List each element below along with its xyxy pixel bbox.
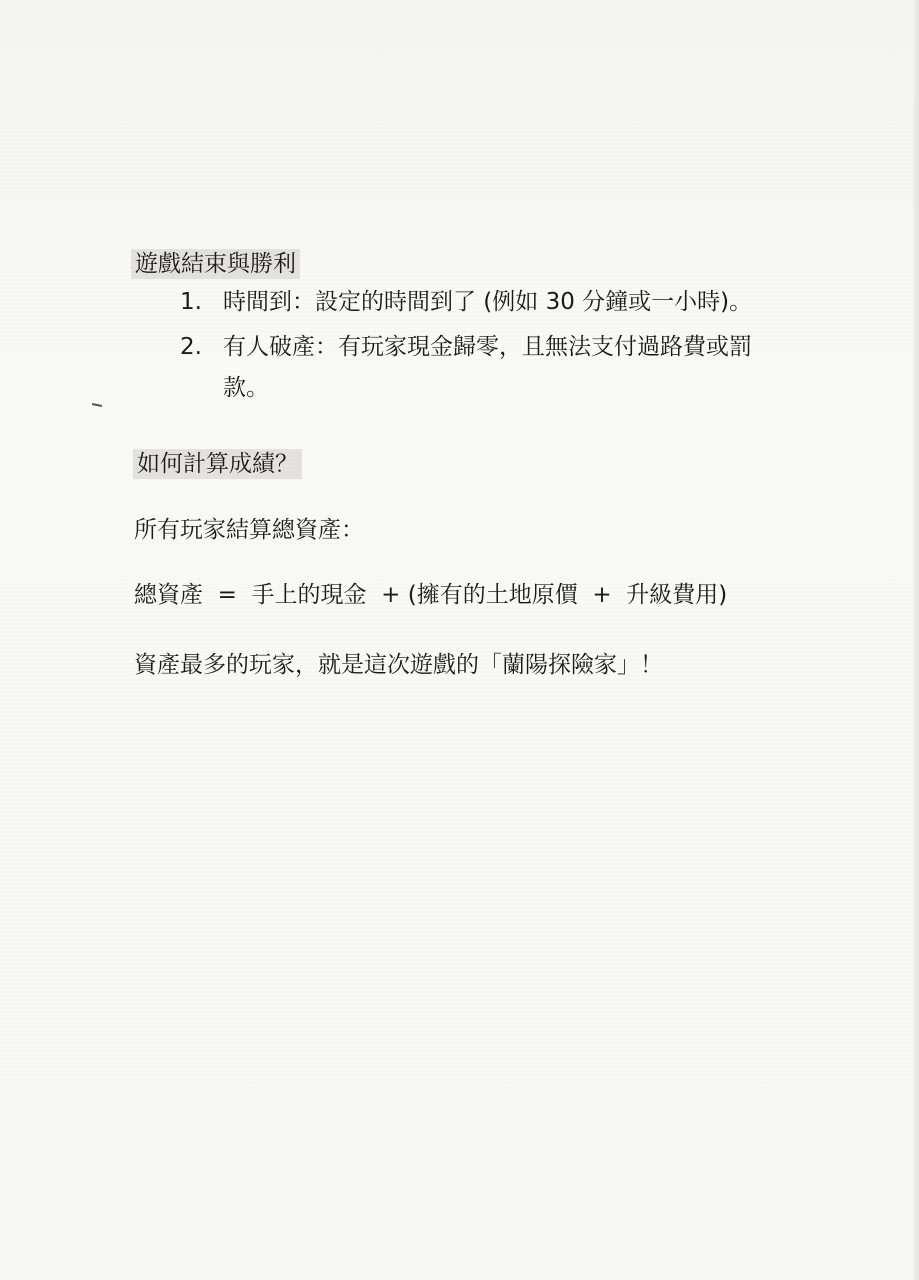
list-text-continuation: 款。 <box>223 373 269 403</box>
scoring-formula: 總資產 = 手上的現金 + (擁有的土地原價 + 升級費用) <box>134 580 727 610</box>
list-number: 1. <box>180 287 202 317</box>
page-edge <box>913 0 919 1280</box>
heading-scoring: 如何計算成績？ <box>133 449 302 479</box>
list-text: 有人破產：有玩家現金歸零，且無法支付過路費或罰 <box>223 332 752 362</box>
heading-game-end: 遊戲結束與勝利 <box>131 249 300 279</box>
list-text: 時間到：設定的時間到了 (例如 30 分鐘或一小時)。 <box>223 287 752 317</box>
scoring-conclusion: 資產最多的玩家，就是這次遊戲的「蘭陽探險家」！ <box>134 650 663 680</box>
paper-background <box>0 0 919 1280</box>
list-number: 2. <box>180 332 202 362</box>
scoring-intro: 所有玩家結算總資產： <box>134 515 364 545</box>
